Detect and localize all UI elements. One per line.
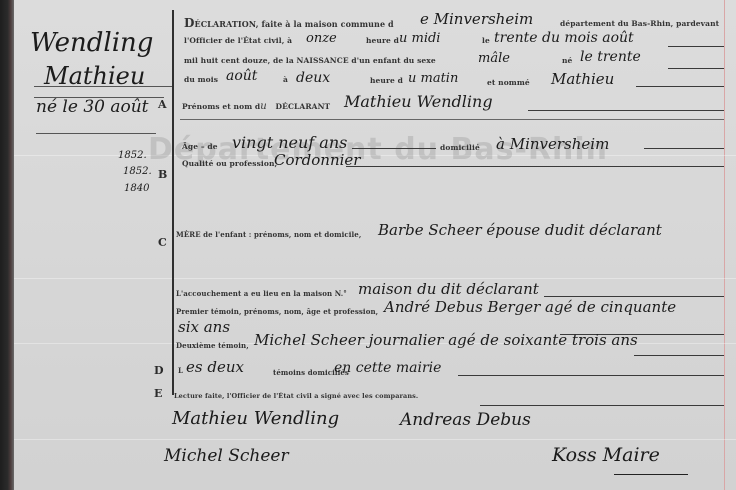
domicile-label: domicilié: [440, 143, 480, 152]
header-line-2-mid: heure d: [366, 36, 399, 45]
birth-hour-value: deux: [296, 70, 330, 86]
witness2-label: Deuxième témoin,: [176, 341, 249, 350]
profession-label: Qualité ou profession,: [182, 159, 277, 168]
fill-line: [636, 86, 724, 87]
fill-line: [346, 166, 724, 167]
header-line-4-mid2: heure d: [370, 76, 403, 85]
witness1-value: André Debus Berger agé de cinquante: [384, 298, 676, 316]
mother-value: Barbe Scheer épouse dudit déclarant: [378, 221, 662, 239]
margin-underline: [34, 86, 172, 87]
fill-line: [458, 375, 724, 376]
book-binding: [0, 0, 14, 490]
child-name-value: Mathieu: [551, 70, 614, 88]
birth-time-value: u matin: [408, 71, 458, 86]
witness1-value-cont: six ans: [178, 318, 230, 336]
witnesses-prefix: L: [178, 366, 183, 375]
scan-artifact: [14, 439, 736, 440]
sex-value: mâle: [478, 51, 510, 66]
register-page: Département du Bas-Rhin Wendling Mathieu…: [0, 0, 736, 490]
fill-line: [180, 119, 724, 120]
margin-surname: Wendling: [30, 28, 153, 58]
age-label: Âge – de: [182, 142, 218, 151]
date-value: trente du mois août: [494, 30, 634, 46]
fill-line: [668, 46, 724, 47]
age-value: vingt neuf ans: [232, 133, 347, 152]
section-letter-a: A: [158, 98, 167, 111]
header-line-1-suffix: département du Bas-Rhin, pardevant: [560, 19, 719, 28]
born-value: le trente: [580, 49, 641, 65]
header-line-4-mid: à: [283, 75, 288, 84]
header-line-2-mid2: le: [482, 36, 490, 45]
reading-statement: Lecture faite, l'Officier de l'État civi…: [174, 392, 418, 400]
commune-value: e Minversheim: [420, 10, 533, 28]
fill-line: [544, 296, 724, 297]
section-letter-d: D: [154, 364, 164, 377]
time-value: u midi: [399, 31, 440, 46]
header-line-4-mid3: et nommé: [487, 78, 530, 87]
section-divider: [172, 10, 174, 395]
signature-declarant: Mathieu Wendling: [172, 408, 339, 429]
scan-artifact: [14, 278, 736, 279]
domicile-value: à Minversheim: [496, 135, 609, 153]
fill-line: [668, 68, 724, 69]
section-letter-b: B: [158, 168, 167, 181]
section-letter-c: C: [158, 236, 167, 249]
witness1-label: Premier témoin, prénoms, nom, âge et pro…: [176, 307, 378, 316]
header-line-2: l'Officier de l'État civil, à: [184, 36, 292, 45]
declarant-value: Mathieu Wendling: [344, 92, 493, 111]
header-line-3-mid: né: [562, 56, 572, 65]
margin-rule: [724, 0, 725, 490]
margin-annotation: 1840: [124, 183, 149, 194]
birthplace-value: maison du dit déclarant: [358, 280, 539, 298]
declarant-label: Prénoms et nom du DÉCLARANT: [182, 101, 330, 112]
fill-line: [528, 110, 724, 111]
month-value: août: [226, 68, 257, 84]
signature-witness2: Michel Scheer: [164, 446, 289, 466]
header-line-3: mil huit cent douze, de la NAISSANCE d'u…: [184, 56, 436, 65]
signature-underline: [614, 474, 688, 475]
fill-line: [634, 355, 724, 356]
witnesses-domicile-value: en cette mairie: [334, 360, 441, 376]
margin-annotation: 1852.: [123, 166, 152, 177]
mother-label: MÈRE de l'enfant : prénoms, nom et domic…: [176, 230, 361, 239]
witness2-value: Michel Scheer journalier agé de soixante…: [254, 331, 638, 349]
section-letter-e: E: [154, 387, 162, 400]
margin-annotation: 1852.: [118, 150, 147, 161]
margin-bracket: [36, 133, 156, 134]
birthplace-label: L'accouchement a eu lieu en la maison N.…: [176, 289, 347, 298]
fill-line: [352, 148, 436, 149]
fill-line: [644, 148, 724, 149]
header-line-1: DÉCLARATION, faite à la maison commune d: [184, 16, 394, 30]
signature-witness1: Andreas Debus: [400, 410, 531, 430]
signature-mayor: Koss Maire: [552, 444, 660, 466]
hour-value: onze: [306, 31, 337, 46]
header-line-4: du mois: [184, 75, 218, 84]
fill-line: [480, 405, 724, 406]
witnesses-value: es deux: [186, 358, 244, 376]
margin-birth-note: né le 30 août: [36, 97, 149, 117]
